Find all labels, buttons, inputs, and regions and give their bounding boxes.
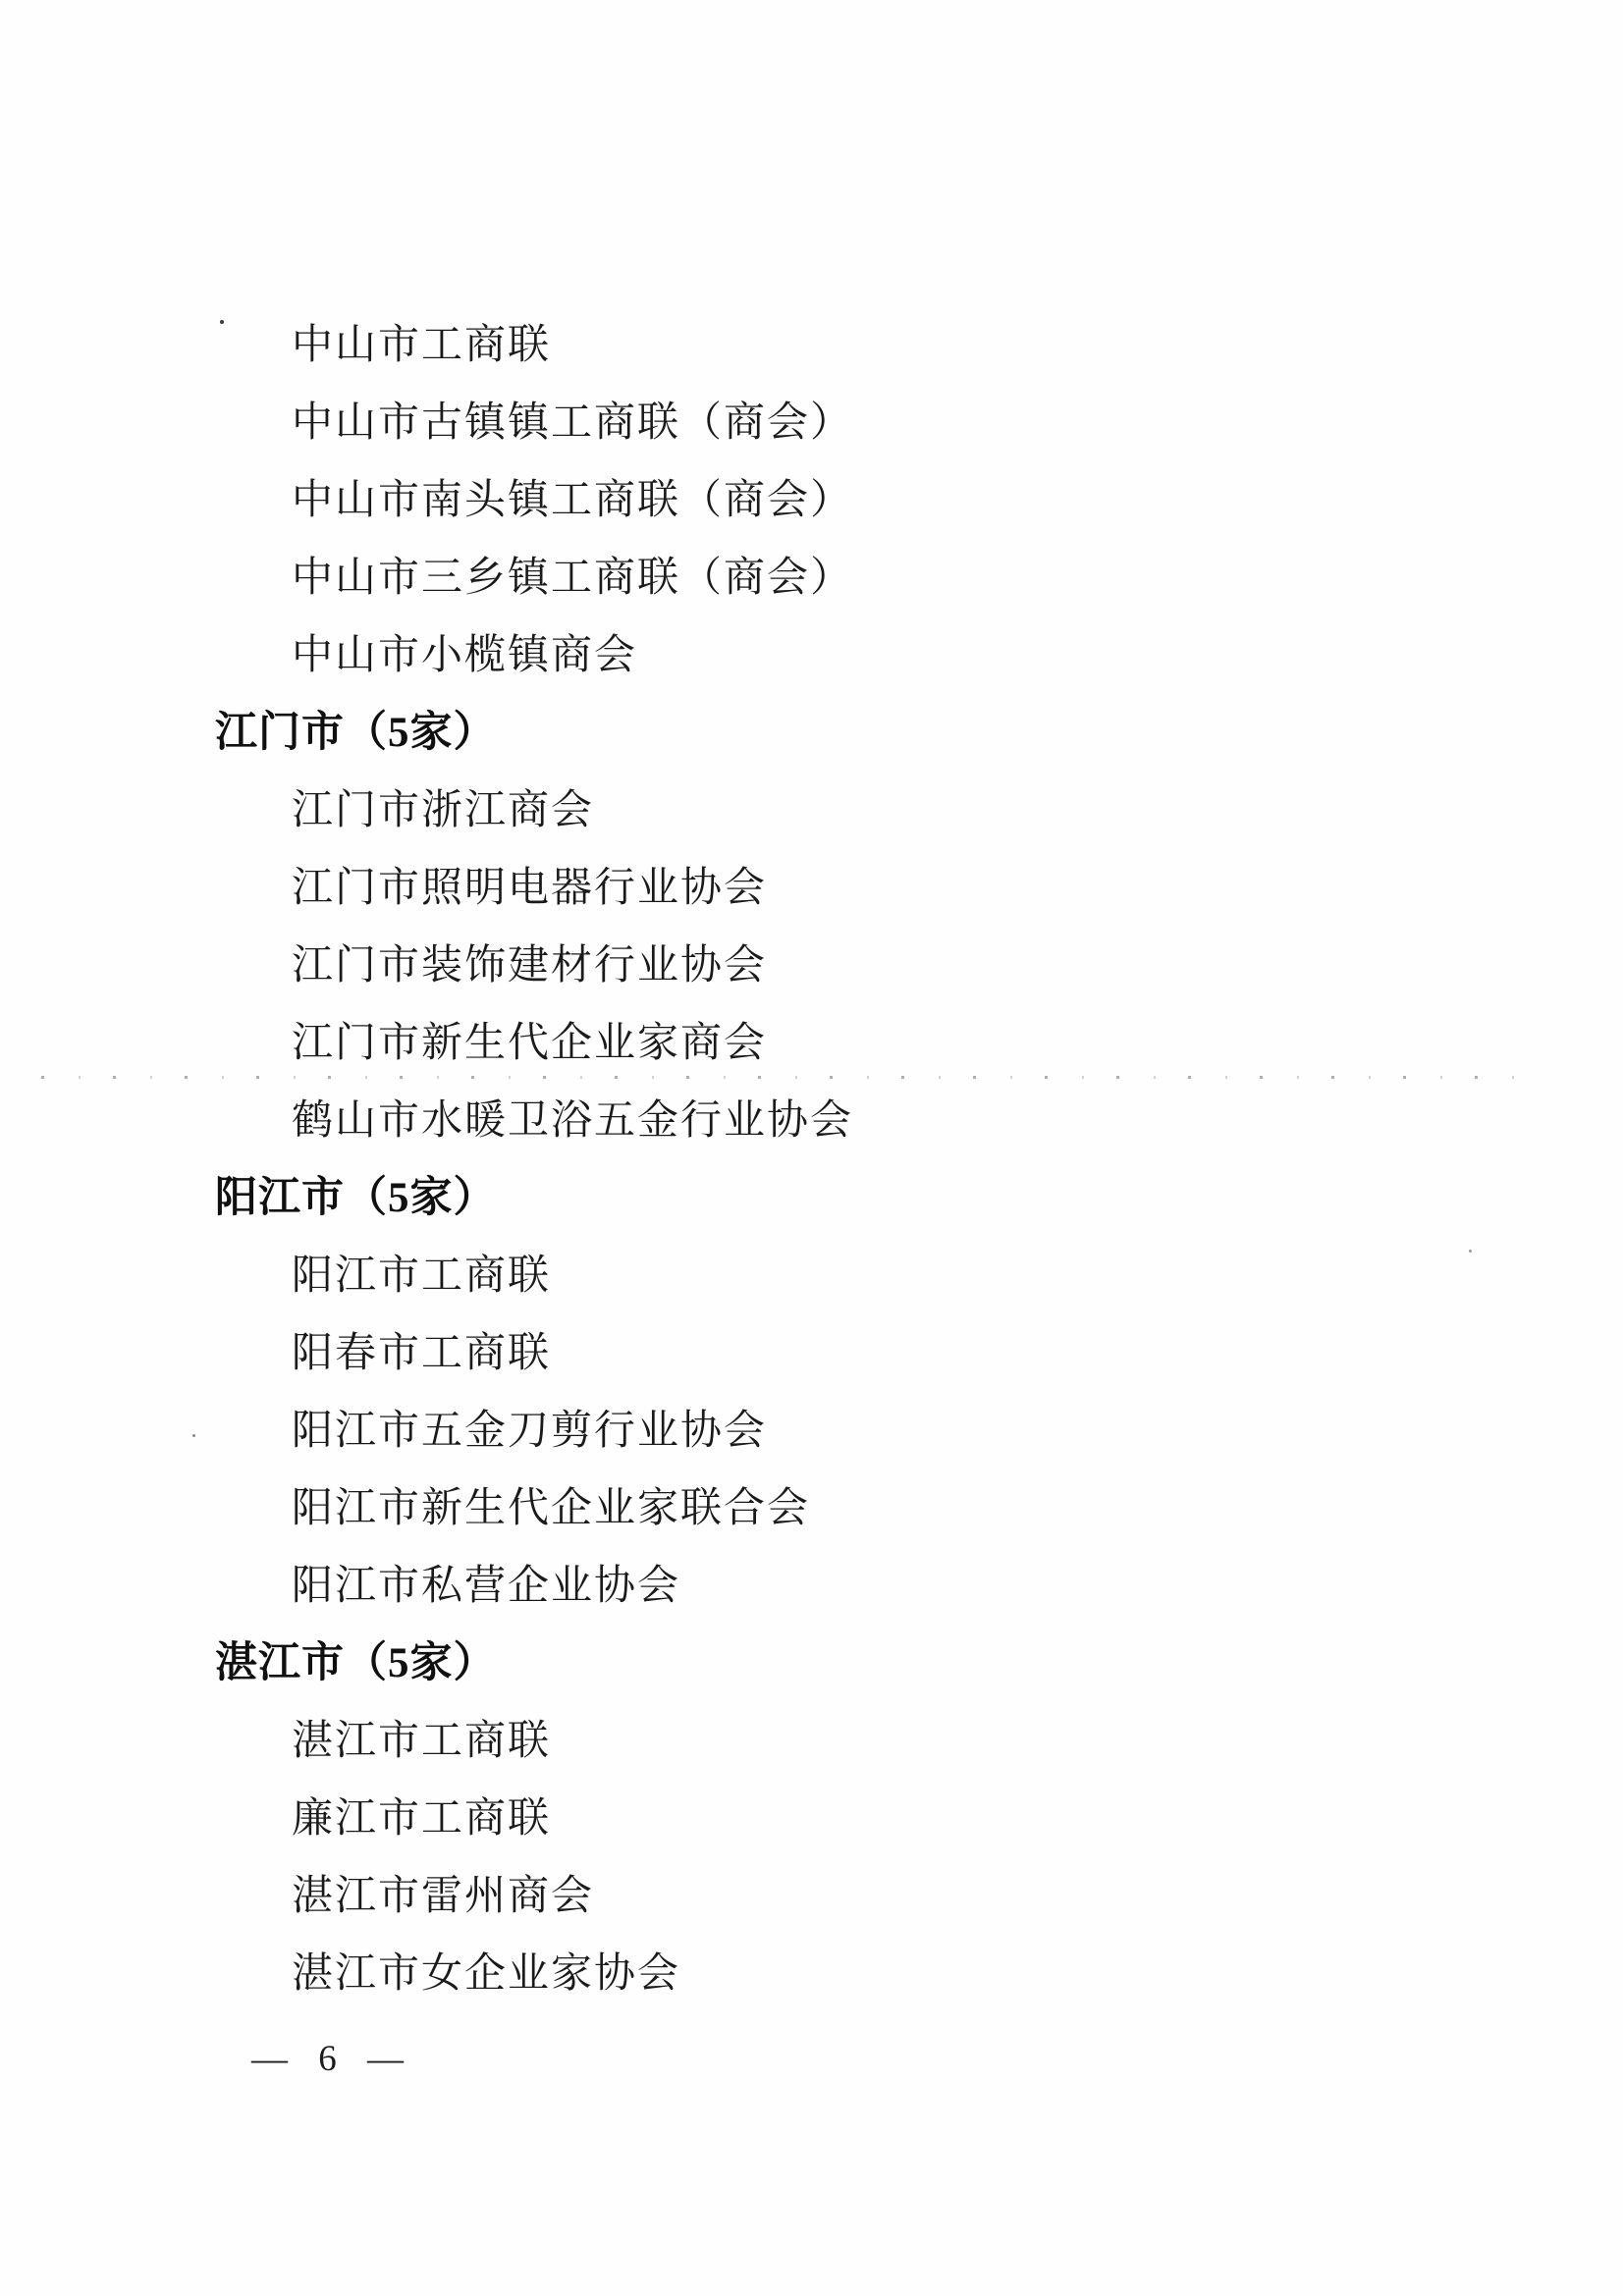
city-heading-jiangmen: 江门市（5家）	[0, 690, 1623, 768]
scan-artifact-dotted-line	[41, 1076, 1534, 1079]
org-item: 江门市装饰建材行业协会	[0, 923, 1623, 1000]
org-item: 中山市古镇镇工商联（商会）	[0, 380, 1623, 457]
org-item: 阳江市五金刀剪行业协会	[0, 1388, 1623, 1466]
org-item: 鹤山市水暖卫浴五金行业协会	[0, 1078, 1623, 1155]
scan-speck	[192, 1434, 195, 1437]
org-item: 阳江市新生代企业家联合会	[0, 1466, 1623, 1543]
city-heading-yangjiang: 阳江市（5家）	[0, 1155, 1623, 1233]
org-item: 中山市工商联	[0, 302, 1623, 380]
org-item: 湛江市雷州商会	[0, 1853, 1623, 1931]
page-number: — 6 —	[251, 2038, 407, 2080]
org-item: 中山市南头镇工商联（商会）	[0, 457, 1623, 535]
org-item: 江门市照明电器行业协会	[0, 845, 1623, 923]
scan-speck	[1469, 1250, 1472, 1253]
org-item: 江门市浙江商会	[0, 768, 1623, 845]
org-item: 中山市三乡镇工商联（商会）	[0, 535, 1623, 613]
org-item: 湛江市女企业家协会	[0, 1931, 1623, 2008]
org-item: 江门市新生代企业家商会	[0, 1000, 1623, 1078]
scan-speck	[220, 320, 224, 324]
scanned-document-page: 中山市工商联 中山市古镇镇工商联（商会） 中山市南头镇工商联（商会） 中山市三乡…	[0, 0, 1623, 2296]
document-text-block: 中山市工商联 中山市古镇镇工商联（商会） 中山市南头镇工商联（商会） 中山市三乡…	[0, 302, 1623, 2008]
org-item: 阳春市工商联	[0, 1310, 1623, 1388]
org-item: 阳江市私营企业协会	[0, 1543, 1623, 1621]
org-item: 中山市小榄镇商会	[0, 613, 1623, 690]
org-item: 湛江市工商联	[0, 1698, 1623, 1776]
city-heading-zhanjiang: 湛江市（5家）	[0, 1621, 1623, 1698]
org-item: 廉江市工商联	[0, 1776, 1623, 1853]
org-item: 阳江市工商联	[0, 1233, 1623, 1310]
